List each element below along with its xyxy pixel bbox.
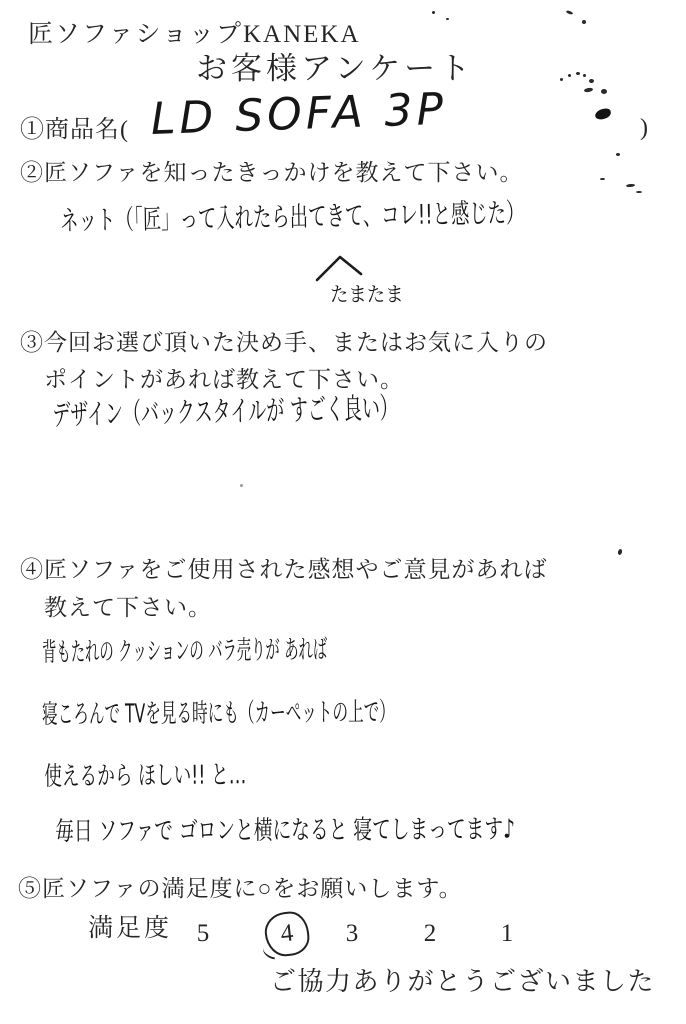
selected-rating-circle-tail	[261, 946, 277, 959]
ink-speck	[583, 74, 586, 77]
page-title: お客様アンケート	[196, 50, 474, 87]
q2-question-label: ②匠ソファを知ったきっかけを教えて下さい。	[20, 159, 524, 187]
q4-question-label-line2: 教えて下さい。	[44, 594, 212, 622]
q1-product-name-label: ①商品名(	[20, 116, 129, 145]
ink-speck	[582, 20, 586, 24]
q4-handwritten-answer-line: 使えるから ほしい!! と…	[44, 760, 246, 793]
ink-speck	[566, 10, 574, 15]
ink-speck	[589, 79, 594, 83]
ink-speck	[636, 191, 642, 193]
q4-handwritten-answer-line: 寝ころんで TVを見る時にも（カーペットの上で）	[42, 698, 395, 732]
q3-handwritten-answer: デザイン（バックスタイルが すごく良い）	[52, 391, 398, 433]
ink-speck	[617, 549, 622, 556]
satisfaction-scale-label: 満足度	[88, 914, 172, 944]
q2-handwritten-answer: ネット（「匠」って入れたら出てきて、コレ!!と感じた）	[60, 198, 525, 238]
q4-handwritten-answer-line: 背もたれの クッションの バラ売りが あれば	[42, 635, 327, 669]
satisfaction-option: 2	[408, 912, 452, 956]
satisfaction-option: 5	[181, 912, 225, 956]
shop-name: 匠ソファショップKANEKA	[28, 20, 361, 50]
ink-speck	[432, 11, 435, 14]
q4-question-label-line1: ④匠ソファをご使用された感想やご意見があれば	[20, 556, 548, 584]
q1-product-name-answer: LD SOFA 3P	[150, 84, 448, 147]
thank-you-message: ご協力ありがとうございました	[270, 966, 655, 997]
insertion-caret-mark	[314, 254, 364, 282]
ink-speck	[576, 72, 580, 75]
ink-speck	[240, 484, 243, 487]
ink-speck	[446, 18, 449, 20]
survey-scan-page: 匠ソファショップKANEKA お客様アンケート ①商品名( LD SOFA 3P…	[0, 0, 686, 1024]
q2-inserted-word: たまたま	[330, 282, 404, 306]
ink-speck	[584, 87, 594, 93]
ink-speck	[600, 178, 605, 180]
ink-speck	[626, 184, 635, 188]
ink-speck	[601, 89, 607, 94]
satisfaction-option: 3	[330, 912, 374, 956]
q1-closing-paren: )	[640, 114, 648, 143]
ink-speck	[616, 153, 620, 156]
q3-question-label-line1: ③今回お選び頂いた決め手、またはお気に入りの	[20, 329, 548, 357]
q3-question-label-line2: ポイントがあれば教えて下さい。	[44, 366, 404, 394]
ink-speck	[568, 74, 571, 77]
q5-question-label: ⑤匠ソファの満足度に○をお願いします。	[18, 875, 463, 903]
satisfaction-option: 1	[485, 912, 529, 956]
ink-speck	[560, 78, 563, 81]
ink-smudge	[594, 107, 612, 120]
q4-handwritten-answer-line: 毎日 ソファで ゴロンと横になると 寝てしまってます♪	[55, 815, 515, 849]
